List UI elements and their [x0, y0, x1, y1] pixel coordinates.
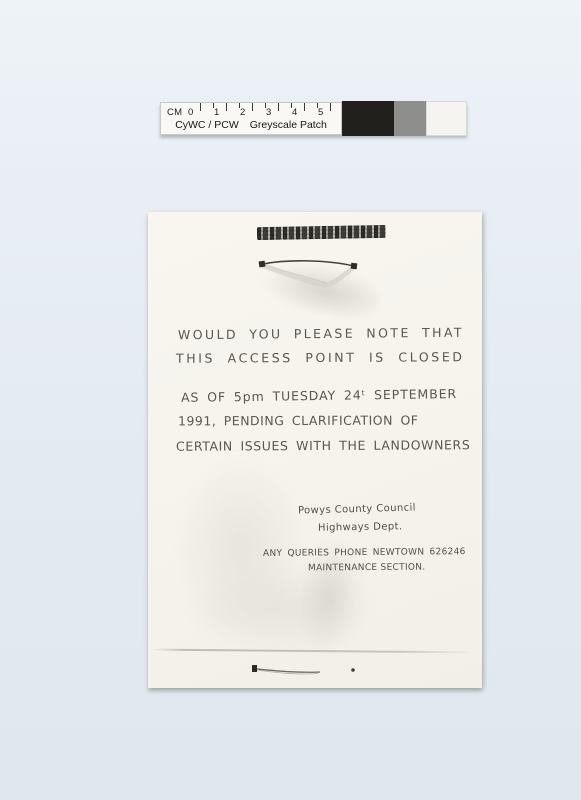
note-signature-line: Powys County Council — [298, 502, 416, 516]
greyscale-patch-white — [426, 101, 467, 136]
bottom-staple-icon — [248, 661, 363, 679]
redacted-text-strip — [257, 225, 386, 240]
greyscale-patch-black — [342, 101, 394, 136]
note-bottom-edge — [152, 649, 476, 654]
note-signature-line: Highways Dept. — [318, 521, 403, 533]
ruler-number-1: 1 — [214, 107, 219, 118]
ruler-caption-left: CyWC / PCW — [175, 119, 239, 131]
ruler-caption: CyWC / PCW Greyscale Patch — [161, 119, 341, 131]
ruler-number-3: 3 — [266, 107, 271, 118]
note-body-line: CERTAIN ISSUES WITH THE LANDOWNERS — [176, 437, 470, 454]
ruler-number-5: 5 — [318, 107, 323, 118]
note-body-line: WOULD YOU PLEASE NOTE THAT — [178, 325, 464, 342]
note-footer-line: MAINTENANCE SECTION. — [308, 563, 426, 574]
ruler-number-2: 2 — [240, 107, 245, 118]
ruler-number-4: 4 — [292, 107, 297, 118]
ruler-unit-label: CM — [167, 107, 182, 118]
greyscale-ruler: CM 0 1 2 3 4 5 CyWC / PCW Greyscale Patc… — [160, 102, 467, 135]
ruler-face: CM 0 1 2 3 4 5 CyWC / PCW Greyscale Patc… — [160, 102, 342, 135]
note-body-line: AS OF 5pm TUESDAY 24ᵗ SEPTEMBER — [181, 386, 457, 405]
note-footer-line: ANY QUERIES PHONE NEWTOWN 626246 — [263, 547, 466, 559]
ruler-number-0: 0 — [188, 107, 193, 118]
greyscale-patch-grey — [394, 101, 426, 136]
photo-print: WOULD YOU PLEASE NOTE THAT THIS ACCESS P… — [148, 212, 482, 688]
ruler-caption-right: Greyscale Patch — [250, 119, 327, 131]
top-staple-icon — [253, 256, 365, 298]
note-body-line: THIS ACCESS POINT IS CLOSED — [176, 349, 465, 366]
pencil-smudge — [190, 567, 375, 652]
note-body-line: 1991, PENDING CLARIFICATION OF — [178, 413, 419, 429]
pencil-smudge — [176, 457, 306, 637]
